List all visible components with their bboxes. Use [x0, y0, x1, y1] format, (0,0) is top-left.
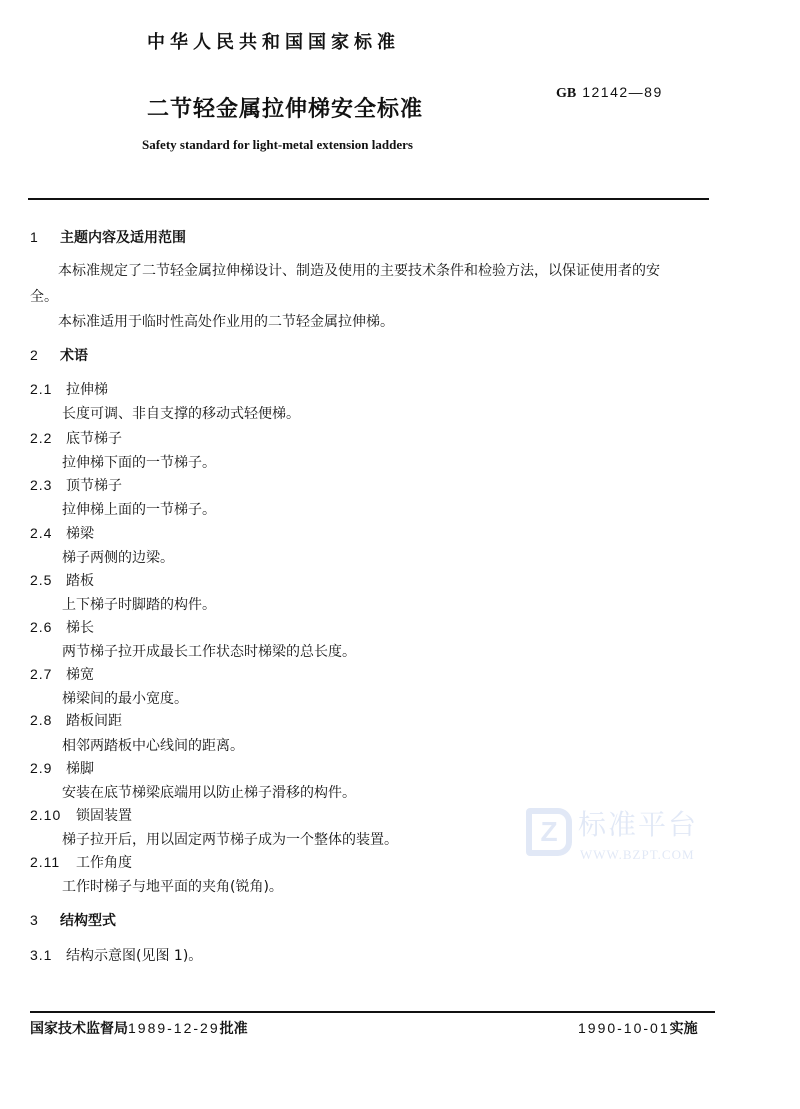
- term-definition: 梯子拉开后，用以固定两节梯子成为一个整体的装置。: [62, 829, 398, 849]
- header-divider: [28, 198, 709, 200]
- footer-divider: [30, 1011, 715, 1013]
- term-definition: 安装在底节梯梁底端用以防止梯子滑移的构件。: [62, 782, 356, 802]
- term-heading: 2.10锁固装置: [30, 805, 132, 825]
- bzpt-logo-icon: Z: [526, 808, 572, 856]
- watermark-name: 标准平台: [578, 803, 698, 843]
- approve-suffix: 批准: [220, 1021, 248, 1037]
- effective-suffix: 实施: [670, 1021, 698, 1037]
- term-heading: 2.4梯梁: [30, 523, 94, 543]
- watermark: Z 标准平台 WWW.BZPT.COM: [526, 803, 726, 873]
- section-1-para-1-line-2: 全。: [30, 286, 58, 306]
- term-heading: 2.8踏板间距: [30, 710, 122, 730]
- term-definition: 拉伸梯下面的一节梯子。: [62, 452, 216, 472]
- term-definition: 拉伸梯上面的一节梯子。: [62, 499, 216, 519]
- section-1-para-2: 本标准适用于临时性高处作业用的二节轻金属拉伸梯。: [58, 311, 394, 331]
- approve-date: 1989-12-29: [128, 1020, 220, 1036]
- term-definition: 上下梯子时脚踏的构件。: [62, 594, 216, 614]
- national-standard-title: 中华人民共和国国家标准: [147, 28, 400, 54]
- term-definition: 相邻两踏板中心线间的距离。: [62, 735, 244, 755]
- section-1-heading: 1主题内容及适用范围: [30, 227, 186, 247]
- term-definition: 长度可调、非自支撑的移动式轻便梯。: [62, 403, 300, 423]
- standard-prefix: GB: [556, 86, 576, 101]
- section-3-item: 3.1结构示意图(见图 1)。: [30, 945, 202, 965]
- term-definition: 两节梯子拉开成最长工作状态时梯梁的总长度。: [62, 641, 356, 661]
- document-title: 二节轻金属拉伸梯安全标准: [147, 92, 423, 123]
- section-3-heading: 3结构型式: [30, 910, 116, 930]
- effective-date: 1990-10-01: [578, 1020, 670, 1036]
- term-definition: 梯梁间的最小宽度。: [62, 688, 188, 708]
- standard-code: 12142—89: [582, 84, 663, 100]
- effective-info: 1990-10-01实施: [578, 1018, 698, 1038]
- term-heading: 2.2底节梯子: [30, 428, 122, 448]
- standard-number: GB12142—89: [556, 84, 663, 102]
- section-1-para-1-line-1: 本标准规定了二节轻金属拉伸梯设计、制造及使用的主要技术条件和检验方法，以保证使用…: [58, 260, 660, 280]
- term-heading: 2.9梯脚: [30, 758, 94, 778]
- section-2-heading: 2术语: [30, 345, 88, 365]
- term-definition: 梯子两侧的边梁。: [62, 547, 174, 567]
- term-heading: 2.6梯长: [30, 617, 94, 637]
- term-definition: 工作时梯子与地平面的夹角(锐角)。: [62, 876, 283, 896]
- term-heading: 2.11工作角度: [30, 852, 132, 872]
- english-title: Safety standard for light-metal extensio…: [142, 137, 413, 153]
- watermark-url: WWW.BZPT.COM: [580, 847, 695, 863]
- approver: 国家技术监督局: [30, 1021, 128, 1037]
- term-heading: 2.7梯宽: [30, 664, 94, 684]
- approval-info: 国家技术监督局1989-12-29批准: [30, 1018, 248, 1038]
- term-heading: 2.1拉伸梯: [30, 379, 108, 399]
- term-heading: 2.3顶节梯子: [30, 475, 122, 495]
- term-heading: 2.5踏板: [30, 570, 94, 590]
